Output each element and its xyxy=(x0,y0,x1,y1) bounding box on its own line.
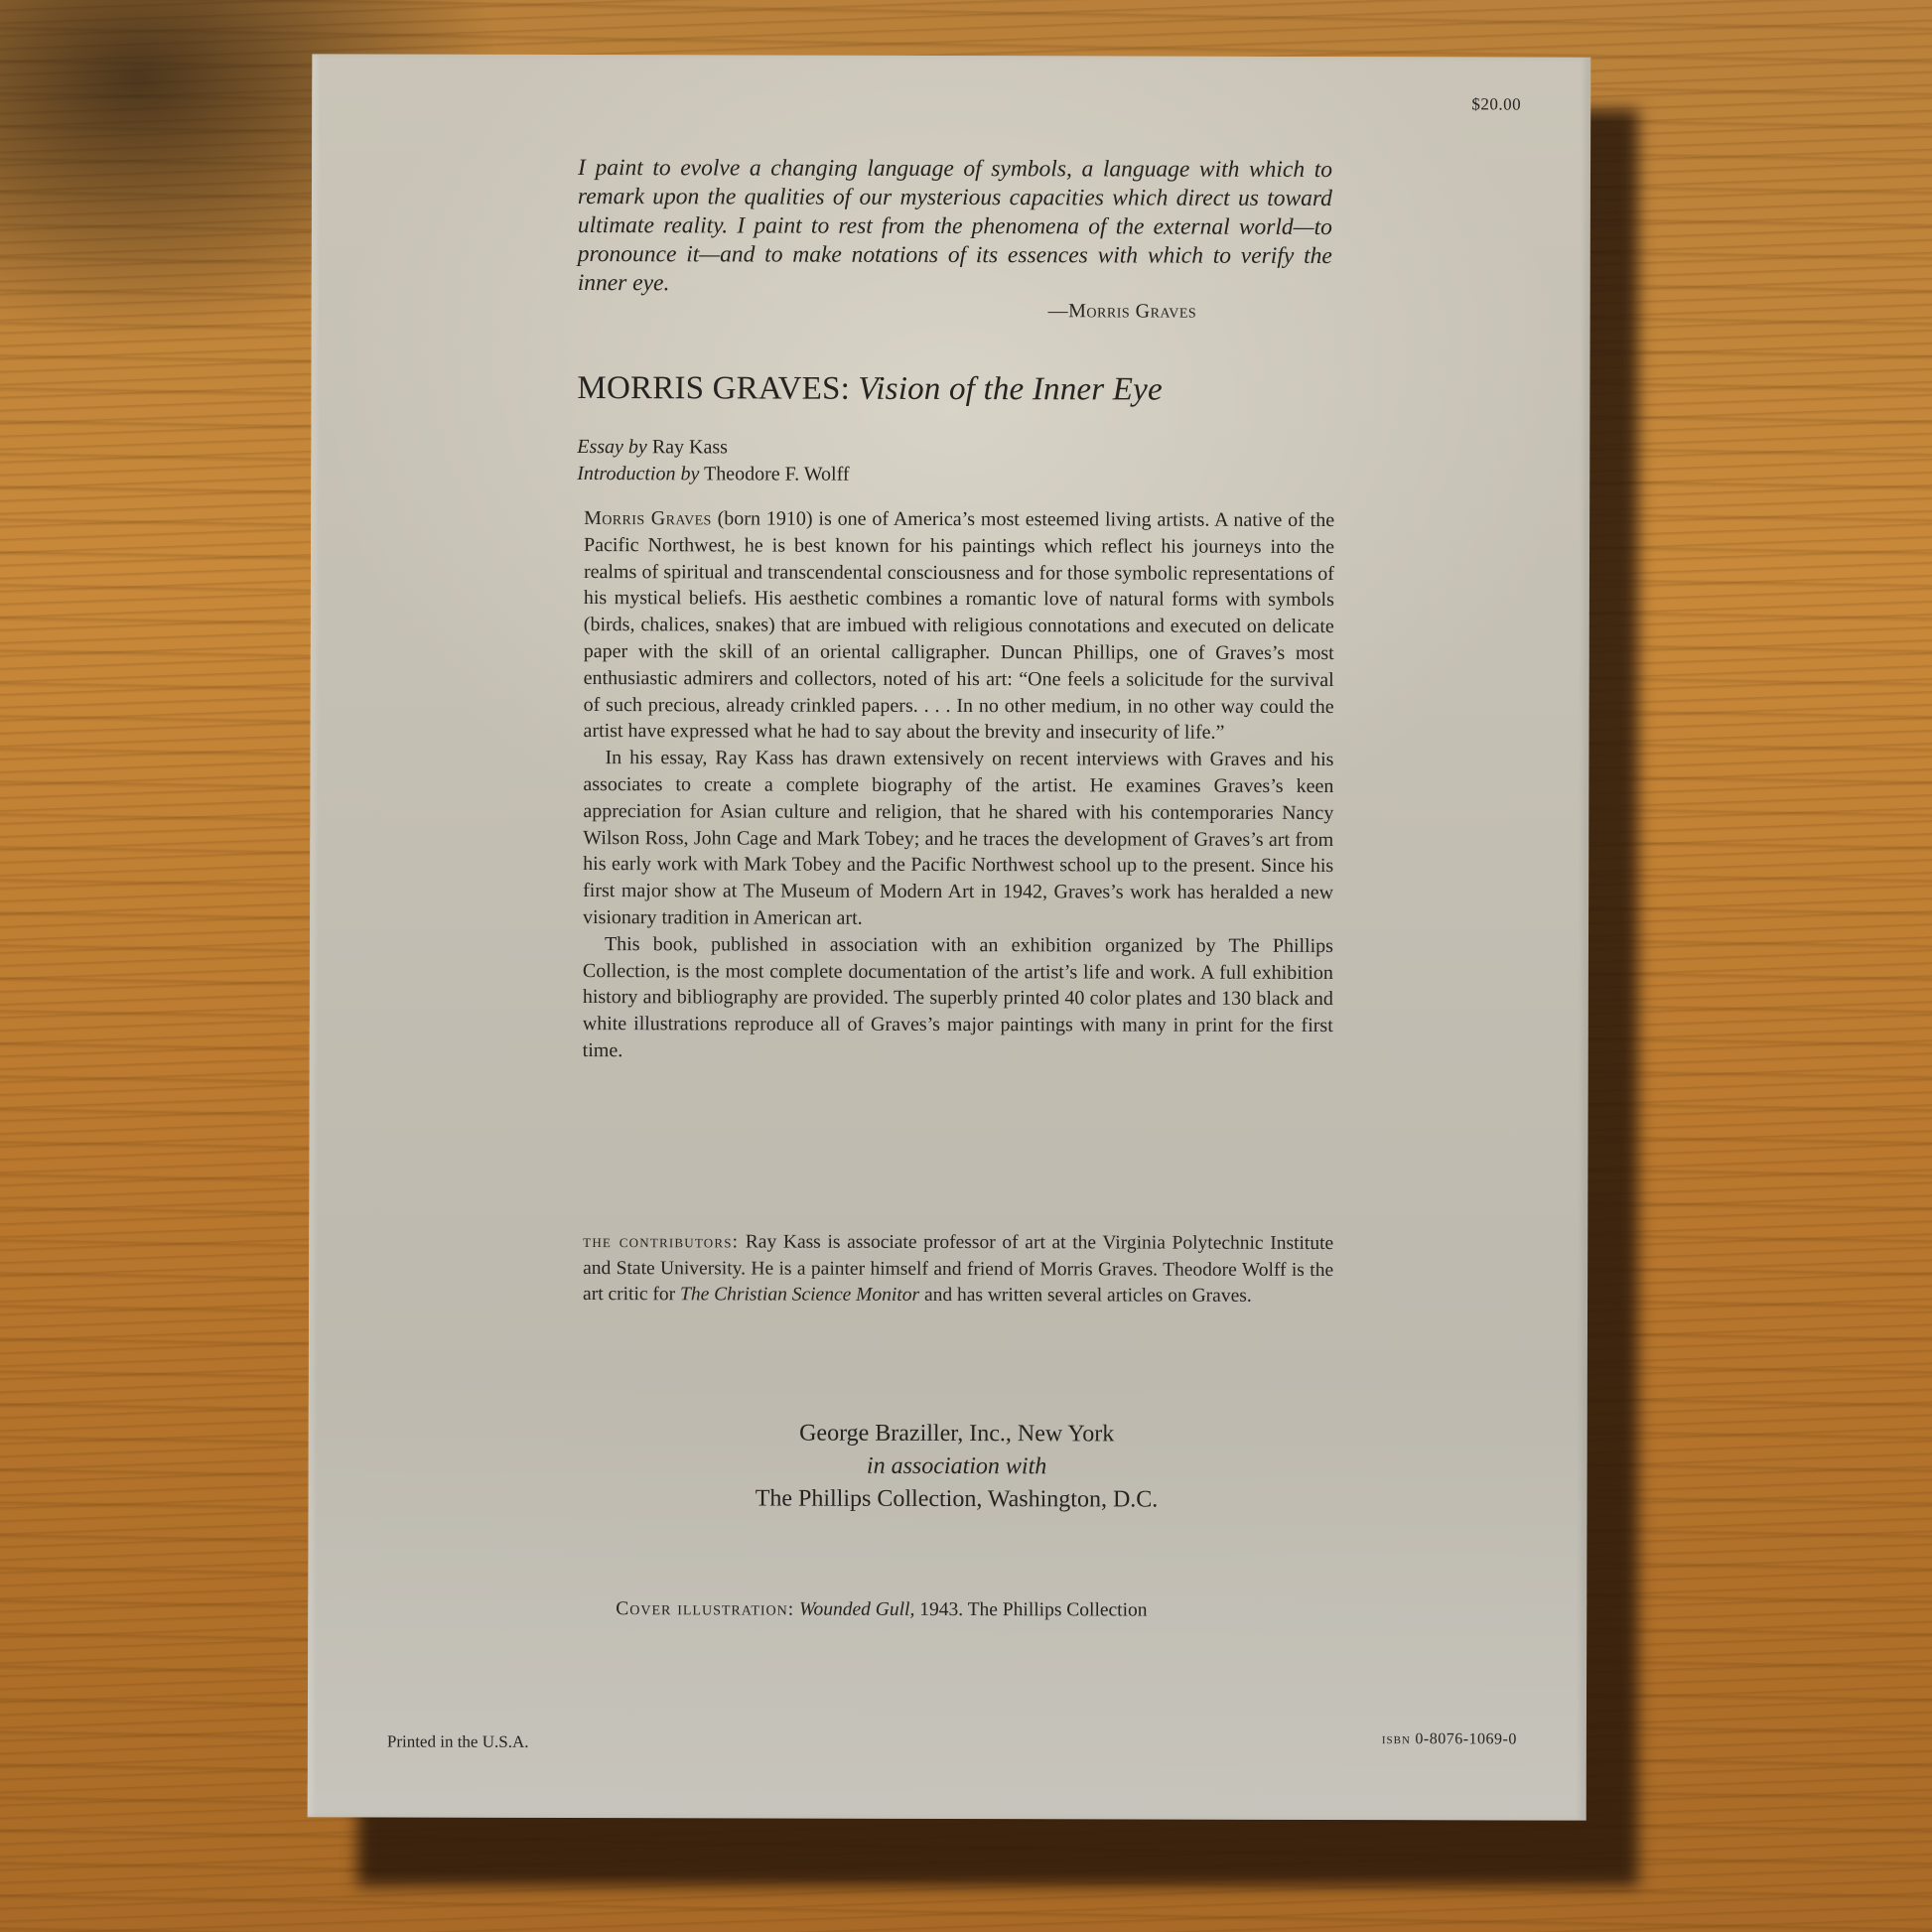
contributors-note: The Contributors: Ray Kass is associate … xyxy=(583,1229,1333,1310)
isbn-number: 0-8076-1069-0 xyxy=(1415,1730,1517,1747)
credits: Essay by Ray Kass Introduction by Theodo… xyxy=(577,434,849,488)
price-label: $20.00 xyxy=(1471,94,1521,114)
publisher-block: George Braziller, Inc., New York in asso… xyxy=(574,1417,1338,1517)
cover-illustration-credit: Cover illustration: Wounded Gull, 1943. … xyxy=(616,1598,1147,1621)
isbn: ISBN 0-8076-1069-0 xyxy=(1382,1730,1517,1748)
cover-credit-label: Cover illustration: xyxy=(616,1598,794,1619)
book-title: MORRIS GRAVES: Vision of the Inner Eye xyxy=(577,370,1162,409)
credit-role: Introduction by xyxy=(577,463,699,484)
epigraph-attribution: —Morris Graves xyxy=(1048,300,1197,323)
publisher-partner: The Phillips Collection, Washington, D.C… xyxy=(574,1482,1338,1517)
description: Morris Graves (born 1910) is one of Amer… xyxy=(583,505,1334,1066)
book-back-cover: $20.00 I paint to evolve a changing lang… xyxy=(308,54,1591,1820)
description-paragraph: In his essay, Ray Kass has drawn extensi… xyxy=(583,745,1333,933)
publisher-line: George Braziller, Inc., New York xyxy=(575,1417,1339,1451)
title-main: MORRIS GRAVES: xyxy=(577,370,850,407)
credit-introduction: Introduction by Theodore F. Wolff xyxy=(577,461,849,488)
credit-role: Essay by xyxy=(577,436,647,458)
isbn-label: ISBN xyxy=(1382,1730,1411,1747)
artwork-title: Wounded Gull, xyxy=(799,1599,914,1620)
lead-name: Morris Graves xyxy=(584,507,712,529)
credit-name: Ray Kass xyxy=(652,436,728,458)
contributors-label: The Contributors: xyxy=(583,1231,739,1252)
title-subtitle: Vision of the Inner Eye xyxy=(858,371,1162,408)
publication-name: The Christian Science Monitor xyxy=(680,1284,919,1306)
publisher-association: in association with xyxy=(575,1449,1339,1484)
epigraph-quote: I paint to evolve a changing language of… xyxy=(578,154,1332,300)
description-paragraph: This book, published in association with… xyxy=(583,931,1333,1066)
description-paragraph: Morris Graves (born 1910) is one of Amer… xyxy=(584,505,1335,747)
credit-name: Theodore F. Wolff xyxy=(704,463,850,484)
credit-essay: Essay by Ray Kass xyxy=(577,434,849,462)
printed-in-label: Printed in the U.S.A. xyxy=(387,1732,529,1752)
